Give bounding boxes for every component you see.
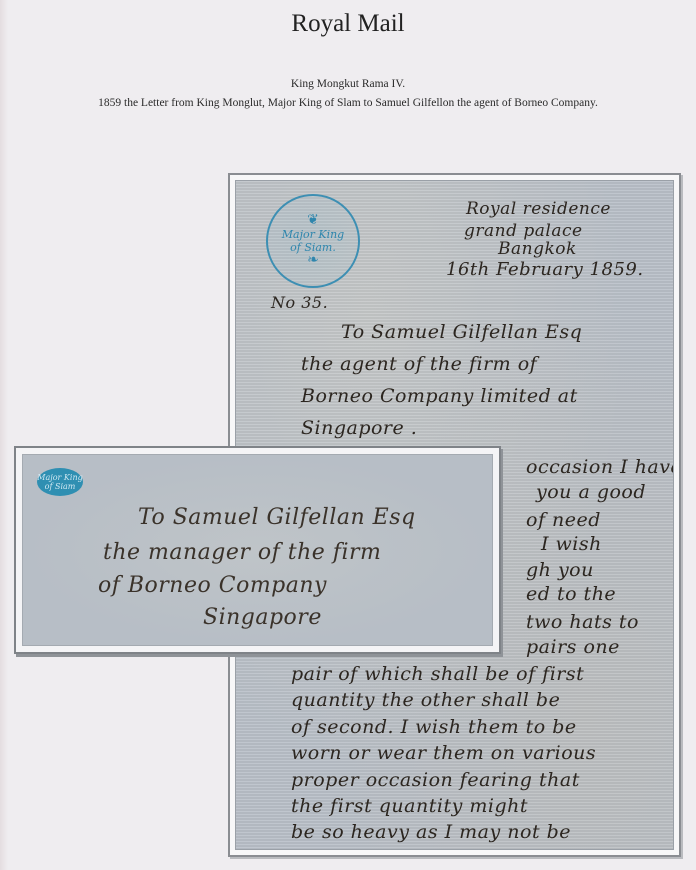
letter-body-line: gh you <box>526 559 594 581</box>
letter-body-line: of need <box>526 509 601 531</box>
envelope-seal-stamp-icon: Major King of Siam <box>37 468 83 496</box>
letter-number: No 35. <box>271 293 328 312</box>
envelope-address-line: the manager of the firm <box>103 540 381 565</box>
letter-body-line: pair of which shall be of first <box>291 663 584 685</box>
envelope-address-line: To Samuel Gilfellan Esq <box>138 505 416 530</box>
page-edge <box>0 0 8 870</box>
letter-address-line: Singapore . <box>301 417 417 439</box>
seal-text-line-1: Major King <box>282 228 344 241</box>
letter-heading-line: grand palace <box>464 221 583 241</box>
letter-body-line: worn or wear them on various <box>291 742 596 764</box>
letter-body-line: I wish <box>541 533 602 555</box>
letter-body-line: be so heavy as I may not be <box>291 821 571 843</box>
letter-address-line: Borneo Company limited at <box>301 385 578 407</box>
envelope-cover: Major King of Siam To Samuel Gilfellan E… <box>22 454 493 646</box>
letter-body-line: proper occasion fearing that <box>291 769 580 791</box>
envelope-address-line: of Borneo Company <box>98 573 327 598</box>
letter-body-line: ed to the <box>526 583 616 605</box>
letter-body-line: the first quantity might <box>291 795 528 817</box>
letter-heading-line: Bangkok <box>498 239 577 259</box>
letter-address-line: To Samuel Gilfellan Esq <box>341 321 582 343</box>
envelope-frame: Major King of Siam To Samuel Gilfellan E… <box>14 446 501 654</box>
subtitle-line-1: King Mongkut Rama IV. <box>0 78 696 90</box>
letter-heading-line: Royal residence <box>466 199 611 219</box>
page-title: Royal Mail <box>0 10 696 38</box>
letter-body-line: you a good <box>536 481 646 503</box>
seal-stamp-icon: ❦ Major King of Siam. ❧ <box>266 194 360 288</box>
letter-body-line: quantity the other shall be <box>291 689 560 711</box>
envelope-address-line: Singapore <box>203 605 322 630</box>
letter-date: 16th February 1859. <box>446 259 644 280</box>
letter-body-line: pairs one <box>526 636 620 658</box>
letter-body-line: of second. I wish them to be <box>291 716 577 738</box>
letter-address-line: the agent of the firm of <box>301 353 537 375</box>
letter-body-line: occasion I have <box>526 456 674 478</box>
subtitle-line-2: 1859 the Letter from King Monglut, Major… <box>0 97 696 109</box>
seal-ornament-bottom: ❧ <box>307 254 319 268</box>
letter-body-line: two hats to <box>526 611 639 633</box>
seal-ornament-top: ❦ <box>307 214 319 228</box>
